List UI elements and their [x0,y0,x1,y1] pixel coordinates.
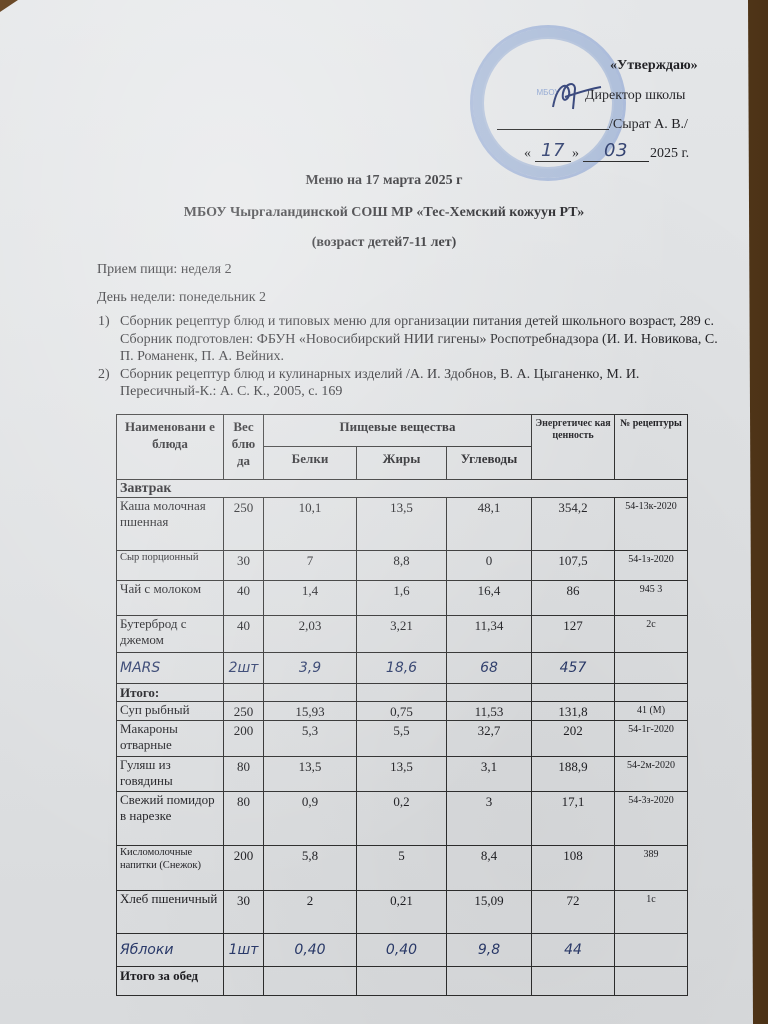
dish-name: Макароны отварные [117,721,224,757]
table-row: Макароны отварные2005,35,532,720254-1г-2… [117,721,688,757]
table-row: Гуляш из говядины8013,513,53,1188,954-2м… [117,757,688,792]
section-row-breakfast: Завтрак [117,480,688,498]
empty-cell [224,684,264,702]
header-weight: Вес блю да [224,415,264,480]
weekday: День недели: понедельник 2 [97,290,266,306]
dish-name: Яблоки [117,934,224,967]
dish-weight: 200 [224,721,264,757]
dish-carbs: 11,34 [447,616,532,653]
dish-carbs: 3,1 [447,757,532,792]
dish-recipe-number: 41 (М) [615,702,688,721]
approval-heading: «Утверждаю» [610,58,768,74]
table-row: Кисломолочные напитки (Снежок)2005,858,4… [117,846,688,891]
empty-cell [615,684,688,702]
dish-carbs: 11,53 [447,702,532,721]
dish-energy: 86 [532,581,615,616]
dish-energy: 44 [532,934,615,967]
reference-number: 2) [98,366,110,384]
dish-energy: 72 [532,891,615,934]
school-name: МБОУ Чыргаландинской СОШ МР «Тес-Хемский… [0,205,768,221]
dish-energy: 108 [532,846,615,891]
table-row: Каша молочная пшенная25010,113,548,1354,… [117,498,688,551]
empty-cell [264,967,357,996]
references-list: 1) Сборник рецептур блюд и типовых меню … [98,313,718,401]
dish-recipe-number: 54-3з-2020 [615,792,688,846]
menu-title: Меню на 17 марта 2025 г [0,173,768,189]
dish-carbs: 32,7 [447,721,532,757]
dish-energy: 457 [532,653,615,684]
approval-date-day: 17 [535,140,571,162]
header-recipe: № рецептуры [615,415,688,480]
dish-protein: 2,03 [264,616,357,653]
dish-name: Кисломолочные напитки (Снежок) [117,846,224,891]
dish-carbs: 3 [447,792,532,846]
dish-name: Сыр порционный [117,551,224,581]
dish-fat: 0,75 [357,702,447,721]
reference-text: Сборник рецептур блюд и типовых меню для… [120,313,718,366]
dish-weight: 250 [224,702,264,721]
dish-fat: 8,8 [357,551,447,581]
empty-cell [447,967,532,996]
dish-protein: 7 [264,551,357,581]
stamp-text: МБОУ [495,88,601,98]
dish-energy: 107,5 [532,551,615,581]
dish-weight: 80 [224,792,264,846]
header-energy: Энергетичес кая ценность [532,415,615,480]
empty-cell [224,967,264,996]
dish-carbs: 15,09 [447,891,532,934]
dish-carbs: 0 [447,551,532,581]
dish-energy: 188,9 [532,757,615,792]
reference-item: 2) Сборник рецептур блюд и кулинарных из… [98,366,718,401]
dish-weight: 250 [224,498,264,551]
dish-carbs: 68 [447,653,532,684]
dish-name: Чай с молоком [117,581,224,616]
table-row: Свежий помидор в нарезке800,90,2317,154-… [117,792,688,846]
menu-sheet: МБОУ «Утверждаю» Директор школы /Сырат А… [0,0,768,1024]
dish-carbs: 8,4 [447,846,532,891]
dish-name: Хлеб пшеничный [117,891,224,934]
dish-fat: 13,5 [357,757,447,792]
dish-name: Свежий помидор в нарезке [117,792,224,846]
dish-weight: 80 [224,757,264,792]
approval-date-year: 2025 г. [650,146,689,162]
empty-cell [264,684,357,702]
school-stamp: МБОУ [470,25,626,181]
dish-protein: 0,40 [264,934,357,967]
dish-recipe-number: 54-2м-2020 [615,757,688,792]
empty-cell [532,967,615,996]
table-row: Суп рыбный25015,930,7511,53131,841 (М) [117,702,688,721]
dish-name: MARS [117,653,224,684]
dish-energy: 354,2 [532,498,615,551]
dish-protein: 0,9 [264,792,357,846]
dish-fat: 1,6 [357,581,447,616]
header-dish-name: Наименовани е блюда [117,415,224,480]
dish-protein: 2 [264,891,357,934]
dish-energy: 131,8 [532,702,615,721]
dish-weight: 30 [224,551,264,581]
empty-cell [357,684,447,702]
dish-protein: 10,1 [264,498,357,551]
empty-cell [447,684,532,702]
dish-fat: 0,21 [357,891,447,934]
dish-energy: 202 [532,721,615,757]
empty-cell [615,967,688,996]
dish-protein: 3,9 [264,653,357,684]
dish-recipe-number: 1с [615,891,688,934]
reference-text: Сборник рецептур блюд и кулинарных издел… [120,366,718,401]
dish-recipe-number: 54-13к-2020 [615,498,688,551]
dish-protein: 15,93 [264,702,357,721]
dish-carbs: 9,8 [447,934,532,967]
dish-recipe-number [615,934,688,967]
dish-weight: 2шт [224,653,264,684]
dish-energy: 127 [532,616,615,653]
empty-cell [357,967,447,996]
table-row: MARS2шт3,918,668457 [117,653,688,684]
age-group: (возраст детей7-11 лет) [0,235,768,251]
dish-weight: 40 [224,616,264,653]
lunch-total-row-label: Итого за обед [117,967,224,996]
dish-fat: 0,40 [357,934,447,967]
breakfast-total-row: Итого: [117,684,688,702]
dish-recipe-number: 389 [615,846,688,891]
dish-name: Бутерброд с джемом [117,616,224,653]
approval-signatory: /Сырат А. В./ [609,117,688,133]
table-row: Сыр порционный3078,80107,554-1з-2020 [117,551,688,581]
dish-recipe-number: 54-1г-2020 [615,721,688,757]
dish-name: Гуляш из говядины [117,757,224,792]
reference-number: 1) [98,313,110,331]
dish-weight: 1шт [224,934,264,967]
approval-position: Директор школы [585,88,685,104]
empty-cell [532,684,615,702]
date-quote-open: « [524,146,531,162]
dish-name: Каша молочная пшенная [117,498,224,551]
table-row: Хлеб пшеничный3020,2115,09721с [117,891,688,934]
header-nutrients: Пищевые вещества [264,415,532,447]
header-carbs: Углеводы [447,447,532,480]
dish-carbs: 16,4 [447,581,532,616]
header-protein: Белки [264,447,357,480]
dish-weight: 40 [224,581,264,616]
signature-mark [545,75,605,115]
date-quote-close: » [572,146,579,162]
header-fat: Жиры [357,447,447,480]
dish-fat: 18,6 [357,653,447,684]
signature-line [497,113,609,130]
dish-recipe-number [615,653,688,684]
dish-fat: 13,5 [357,498,447,551]
dish-fat: 5 [357,846,447,891]
lunch-total-row: Итого за обед [117,967,688,996]
dish-fat: 0,2 [357,792,447,846]
dish-protein: 1,4 [264,581,357,616]
reference-item: 1) Сборник рецептур блюд и типовых меню … [98,313,718,366]
dish-energy: 17,1 [532,792,615,846]
section-breakfast-label: Завтрак [117,480,688,498]
dish-weight: 200 [224,846,264,891]
table-row: Яблоки1шт0,400,409,844 [117,934,688,967]
dish-recipe-number: 2с [615,616,688,653]
meal-week: Прием пищи: неделя 2 [97,262,232,278]
table-row: Бутерброд с джемом402,033,2111,341272с [117,616,688,653]
dish-protein: 5,3 [264,721,357,757]
dish-recipe-number: 945 3 [615,581,688,616]
dish-fat: 3,21 [357,616,447,653]
dish-protein: 13,5 [264,757,357,792]
dish-protein: 5,8 [264,846,357,891]
menu-table: Наименовани е блюда Вес блю да Пищевые в… [116,414,688,996]
dish-recipe-number: 54-1з-2020 [615,551,688,581]
dish-fat: 5,5 [357,721,447,757]
dish-weight: 30 [224,891,264,934]
dish-carbs: 48,1 [447,498,532,551]
breakfast-total-row-label: Итого: [117,684,224,702]
dish-name: Суп рыбный [117,702,224,721]
approval-date-month: 03 [583,140,649,162]
table-row: Чай с молоком401,41,616,486945 3 [117,581,688,616]
